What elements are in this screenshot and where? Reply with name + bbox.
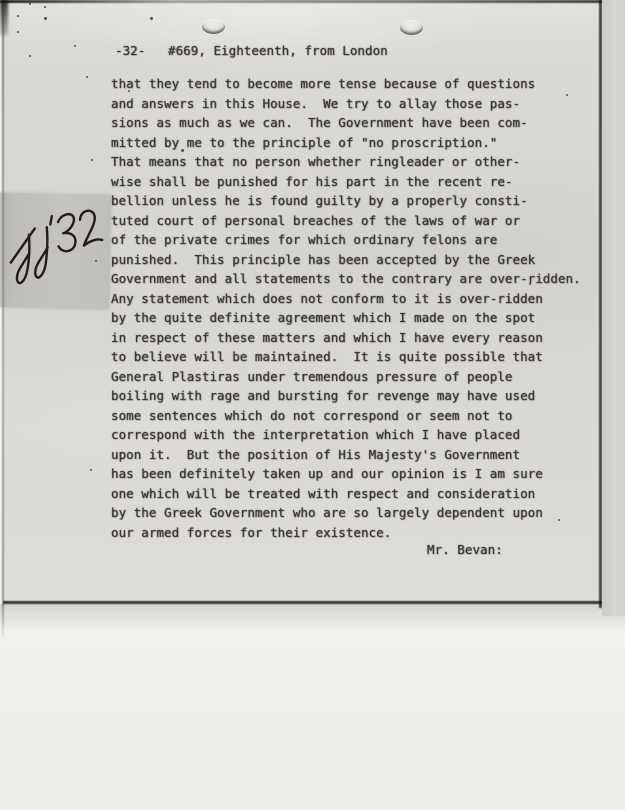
body-line: upon it. But the position of His Majesty… [111, 445, 581, 465]
background-right-strip [602, 0, 625, 616]
signature-line: Mr. Bevan: [427, 542, 503, 557]
dust-speck [95, 260, 97, 262]
dust-speck [29, 55, 31, 57]
body-line: correspond with the interpretation which… [111, 425, 581, 445]
body-line: that they tend to become more tense beca… [111, 74, 581, 94]
dust-speck [91, 159, 93, 161]
page-bottom-shadow [0, 604, 625, 632]
dust-speck [17, 31, 19, 33]
body-line: wise shall be punished for his part in t… [111, 172, 581, 192]
body-line: in respect of these matters and which I … [111, 328, 581, 348]
dust-speck [558, 519, 560, 521]
dust-speck [44, 6, 46, 8]
punch-hole-left [202, 19, 225, 34]
scan-edge-left [2, 0, 4, 638]
body-line: sions as much as we can. The Government … [111, 113, 581, 133]
body-line: bellion unless he is found guilty by a p… [111, 191, 581, 211]
handwriting-jj32-icon [0, 199, 112, 298]
body-line: our armed forces for their existence. [111, 523, 581, 543]
body-line: punished. This principle has been accept… [111, 250, 581, 270]
dust-speck [74, 45, 76, 47]
body-line: of the private crimes for which ordinary… [111, 230, 581, 250]
punch-hole-right [400, 20, 423, 35]
body-line: Government and all statements to the con… [111, 269, 581, 289]
body-line: one which will be treated with respect a… [111, 484, 581, 504]
body-line: Any statement which does not conform to … [111, 289, 581, 309]
body-line: by the Greek Government who are so large… [111, 503, 581, 523]
body-line: some sentences which do not correspond o… [111, 406, 581, 426]
body-line: boiling with rage and bursting for reven… [111, 386, 581, 406]
dust-speck [17, 15, 19, 17]
scan-edge-top [0, 0, 625, 3]
body-line: General Plastiras under tremendous press… [111, 367, 581, 387]
body-line: and answers in this House. We try to all… [111, 94, 581, 114]
page-header: -32- #669, Eighteenth, from London [115, 43, 388, 58]
document-body: that they tend to become more tense beca… [111, 74, 581, 542]
dust-speck [529, 283, 531, 285]
body-line: to believe will be maintained. It is qui… [111, 347, 581, 367]
body-line: has been definitely taken up and our opi… [111, 464, 581, 484]
dust-speck [181, 149, 184, 152]
body-line: tuted court of personal breaches of the … [111, 211, 581, 231]
dust-speck [90, 469, 92, 471]
body-line: by the quite definite agreement which I … [111, 308, 581, 328]
scanned-document: -32- #669, Eighteenth, from London that … [0, 0, 625, 810]
dust-speck [150, 17, 153, 20]
dust-speck [128, 90, 130, 92]
dust-speck [86, 76, 88, 78]
body-line: That means that no person whether ringle… [111, 152, 581, 172]
dust-speck [29, 3, 31, 5]
index-tab: jj32 [0, 193, 111, 309]
dust-speck [566, 94, 568, 96]
page-bottom-edge [3, 601, 602, 604]
dust-speck [44, 17, 47, 20]
